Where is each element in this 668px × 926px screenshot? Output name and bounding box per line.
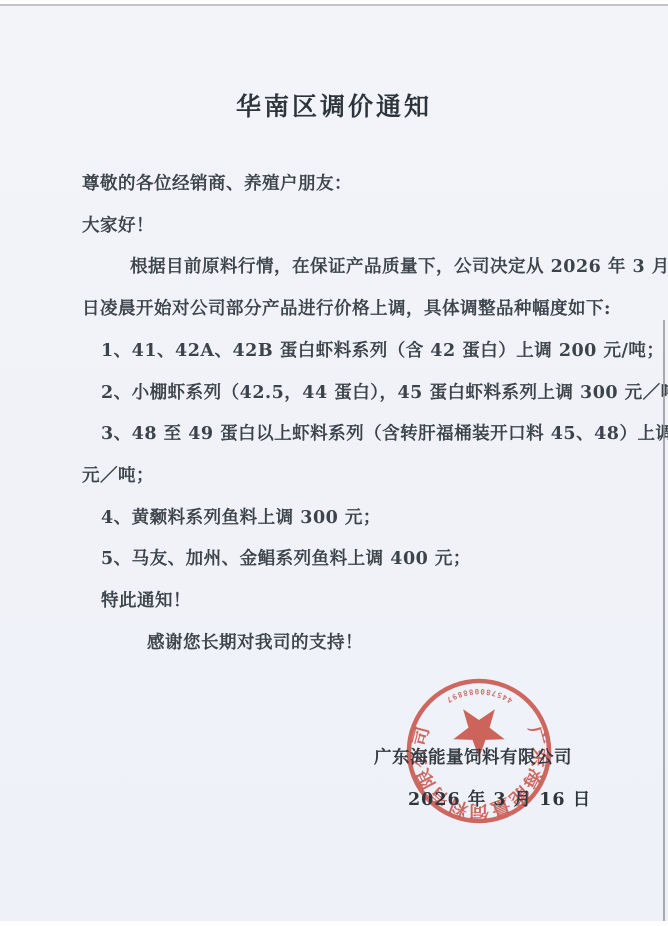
salutation-line: 尊敬的各位经销商、养殖户朋友： bbox=[82, 164, 618, 206]
price-item-1: 1、41、42A、42B 蛋白虾料系列（含 42 蛋白）上调 200 元/吨； bbox=[82, 331, 618, 373]
price-item-4: 4、黄颡料系列鱼料上调 300 元； bbox=[82, 498, 618, 540]
intro-line-1: 根据目前原料行情，在保证产品质量下，公司决定从 2026 年 3 月 17 bbox=[82, 247, 618, 289]
scan-edge-top-line bbox=[0, 4, 668, 6]
page-title: 华南区调价通知 bbox=[0, 87, 668, 123]
closing-line: 特此通知！ bbox=[82, 581, 618, 623]
price-item-3-line-1: 3、48 至 49 蛋白以上虾料系列（含转肝福桶装开口料 45、48）上调 40… bbox=[82, 414, 618, 456]
scanned-notice-page: 华南区调价通知 尊敬的各位经销商、养殖户朋友： 大家好！ 根据目前原料行情，在保… bbox=[0, 0, 668, 926]
seal-registration-code: 445780088897 bbox=[444, 687, 514, 705]
price-item-3-line-2: 元／吨； bbox=[82, 456, 618, 498]
price-item-5: 5、马友、加州、金鲳系列鱼料上调 400 元； bbox=[82, 539, 618, 581]
greeting-line: 大家好！ bbox=[82, 206, 618, 248]
signature-date: 2026 年 3 月 16 日 bbox=[408, 786, 591, 811]
signature-company-name: 广东海能量饲料有限公司 bbox=[374, 744, 572, 769]
paper-sheet: 华南区调价通知 尊敬的各位经销商、养殖户朋友： 大家好！ 根据目前原料行情，在保… bbox=[0, 6, 668, 921]
notice-body: 尊敬的各位经销商、养殖户朋友： 大家好！ 根据目前原料行情，在保证产品质量下，公… bbox=[82, 164, 618, 664]
intro-line-2: 日凌晨开始对公司部分产品进行价格上调，具体调整品种幅度如下: bbox=[82, 289, 618, 331]
scan-edge-bottom bbox=[0, 921, 668, 926]
scan-edge-right bbox=[663, 320, 665, 921]
price-item-2: 2、小棚虾系列（42.5，44 蛋白），45 蛋白虾料系列上调 300 元／吨； bbox=[82, 373, 618, 415]
thanks-line: 感谢您长期对我司的支持！ bbox=[82, 623, 618, 665]
